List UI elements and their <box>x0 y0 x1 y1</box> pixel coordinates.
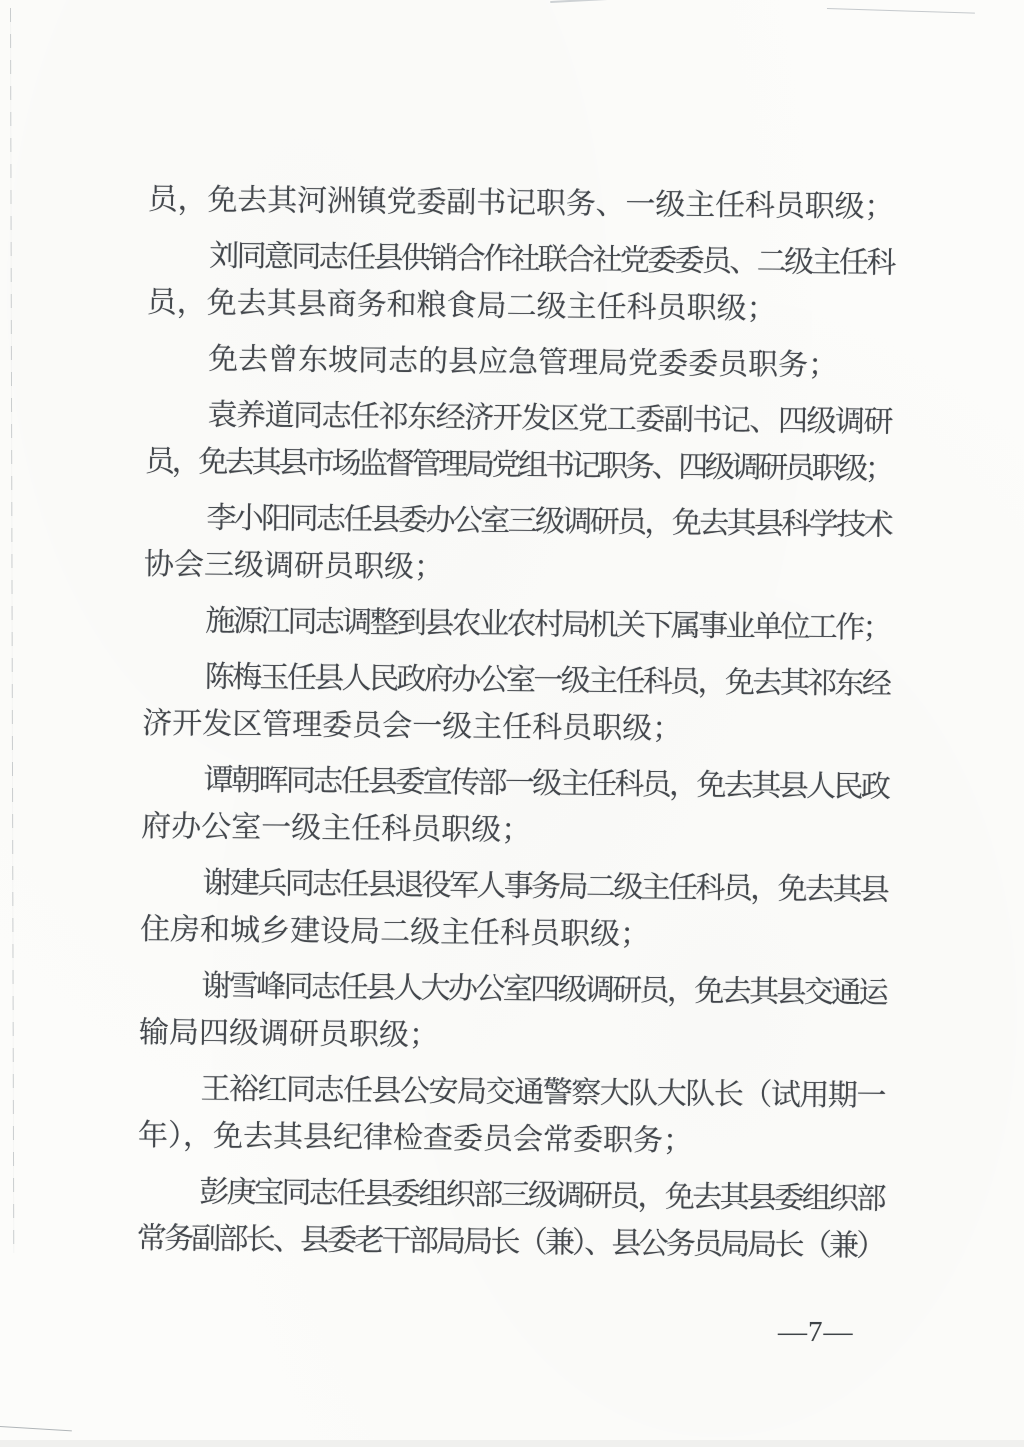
text-line: 员，免去其县商务和粮食局二级主任科员职级； <box>146 279 893 334</box>
scan-artifact-left-edge-line <box>10 8 14 1253</box>
document-body-text: 员，免去其河洲镇党委副书记职务、一级主任科员职级；刘同意同志任县供销合作社联合社… <box>137 176 895 1270</box>
text-line: 陈梅玉任县人民政府办公室一级主任科员，免去其祁东经 <box>143 653 890 708</box>
page-number: —7— <box>778 1316 854 1349</box>
text-line-content: 常务副部长、县委老干部局局长（兼）、县公务员局局长（兼） <box>137 1215 884 1270</box>
text-line-content: 员，免去其县市场监督管理局党组书记职务、四级调研员职级； <box>145 438 892 493</box>
text-line: 协会三级调研员职级； <box>144 541 891 596</box>
text-line-content: 输局四级调研员职级； <box>139 1009 439 1059</box>
text-line-content: 谢雪峰同志任县人大办公室四级调研员，免去其县交通运 <box>201 963 886 1017</box>
scan-artifact-top-right-line <box>827 8 975 14</box>
text-line-content: 员，免去其河洲镇党委副书记职务、一级主任科员职级； <box>148 176 895 231</box>
text-line-content: 彭庚宝同志任县委组织部三级调研员，免去其县委组织部 <box>199 1169 884 1223</box>
text-line-content: 袁养道同志任祁东经济开发区党工委副书记、四级调研 <box>207 392 892 446</box>
text-line-content: 王裕红同志任县公安局交通警察大队大队长（试用期一 <box>200 1066 885 1120</box>
text-line: 王裕红同志任县公安局交通警察大队大队长（试用期一 <box>138 1065 885 1120</box>
text-line: 施源江同志调整到县农业农村局机关下属事业单位工作； <box>143 597 890 652</box>
text-line: 府办公室一级主任科员职级； <box>141 803 888 858</box>
text-line-content: 住房和城乡建设局二级主任科员职级； <box>140 906 650 958</box>
text-line: 员，免去其河洲镇党委副书记职务、一级主任科员职级； <box>148 176 895 231</box>
text-line: 李小阳同志任县委办公室三级调研员，免去其县科学技术 <box>144 494 891 549</box>
text-line: 员，免去其县市场监督管理局党组书记职务、四级调研员职级； <box>145 438 892 493</box>
text-line: 年），免去其县纪律检查委员会常委职务； <box>138 1112 885 1167</box>
text-line-content: 府办公室一级主任科员职级； <box>141 803 531 854</box>
text-line-content: 济开发区管理委员会一级主任科员职级； <box>142 700 682 753</box>
text-line-content: 谭朝晖同志任县委宣传部一级主任科员，免去其县人民政 <box>203 757 888 811</box>
text-line-content: 协会三级调研员职级； <box>144 541 444 591</box>
text-line: 袁养道同志任祁东经济开发区党工委副书记、四级调研 <box>145 391 892 446</box>
text-line-content: 员，免去其县商务和粮食局二级主任科员职级； <box>146 279 776 333</box>
text-line: 住房和城乡建设局二级主任科员职级； <box>140 906 887 961</box>
text-line: 谢建兵同志任县退役军人事务局二级主任科员，免去其县 <box>140 859 887 914</box>
text-line: 谭朝晖同志任县委宣传部一级主任科员，免去其县人民政 <box>141 756 888 811</box>
scanned-document-page: 员，免去其河洲镇党委副书记职务、一级主任科员职级；刘同意同志任县供销合作社联合社… <box>0 0 1024 1447</box>
text-line: 济开发区管理委员会一级主任科员职级； <box>142 700 889 755</box>
scan-artifact-top-mark <box>550 0 612 3</box>
text-line: 常务副部长、县委老干部局局长（兼）、县公务员局局长（兼） <box>137 1215 884 1270</box>
text-line-content: 施源江同志调整到县农业农村局机关下属事业单位工作； <box>205 598 890 652</box>
text-line-content: 陈梅玉任县人民政府办公室一级主任科员，免去其祁东经 <box>205 654 890 708</box>
text-line-content: 谢建兵同志任县退役军人事务局二级主任科员，免去其县 <box>202 860 887 914</box>
text-line: 彭庚宝同志任县委组织部三级调研员，免去其县委组织部 <box>137 1168 884 1223</box>
text-line: 免去曾东坡同志的县应急管理局党委委员职务； <box>146 335 893 390</box>
text-line: 输局四级调研员职级； <box>139 1009 886 1064</box>
text-line-content: 免去曾东坡同志的县应急管理局党委委员职务； <box>208 336 838 390</box>
text-line-content: 刘同意同志任县供销合作社联合社党委委员、二级主任科 <box>209 233 894 287</box>
scan-artifact-bottom-left-line <box>0 1426 72 1431</box>
text-line-content: 年），免去其县纪律检查委员会常委职务； <box>138 1112 693 1165</box>
text-line: 刘同意同志任县供销合作社联合社党委委员、二级主任科 <box>147 232 894 287</box>
scan-artifact-bottom-edge <box>0 1440 1024 1447</box>
text-line: 谢雪峰同志任县人大办公室四级调研员，免去其县交通运 <box>139 962 886 1017</box>
text-line-content: 李小阳同志任县委办公室三级调研员，免去其县科学技术 <box>206 495 891 549</box>
